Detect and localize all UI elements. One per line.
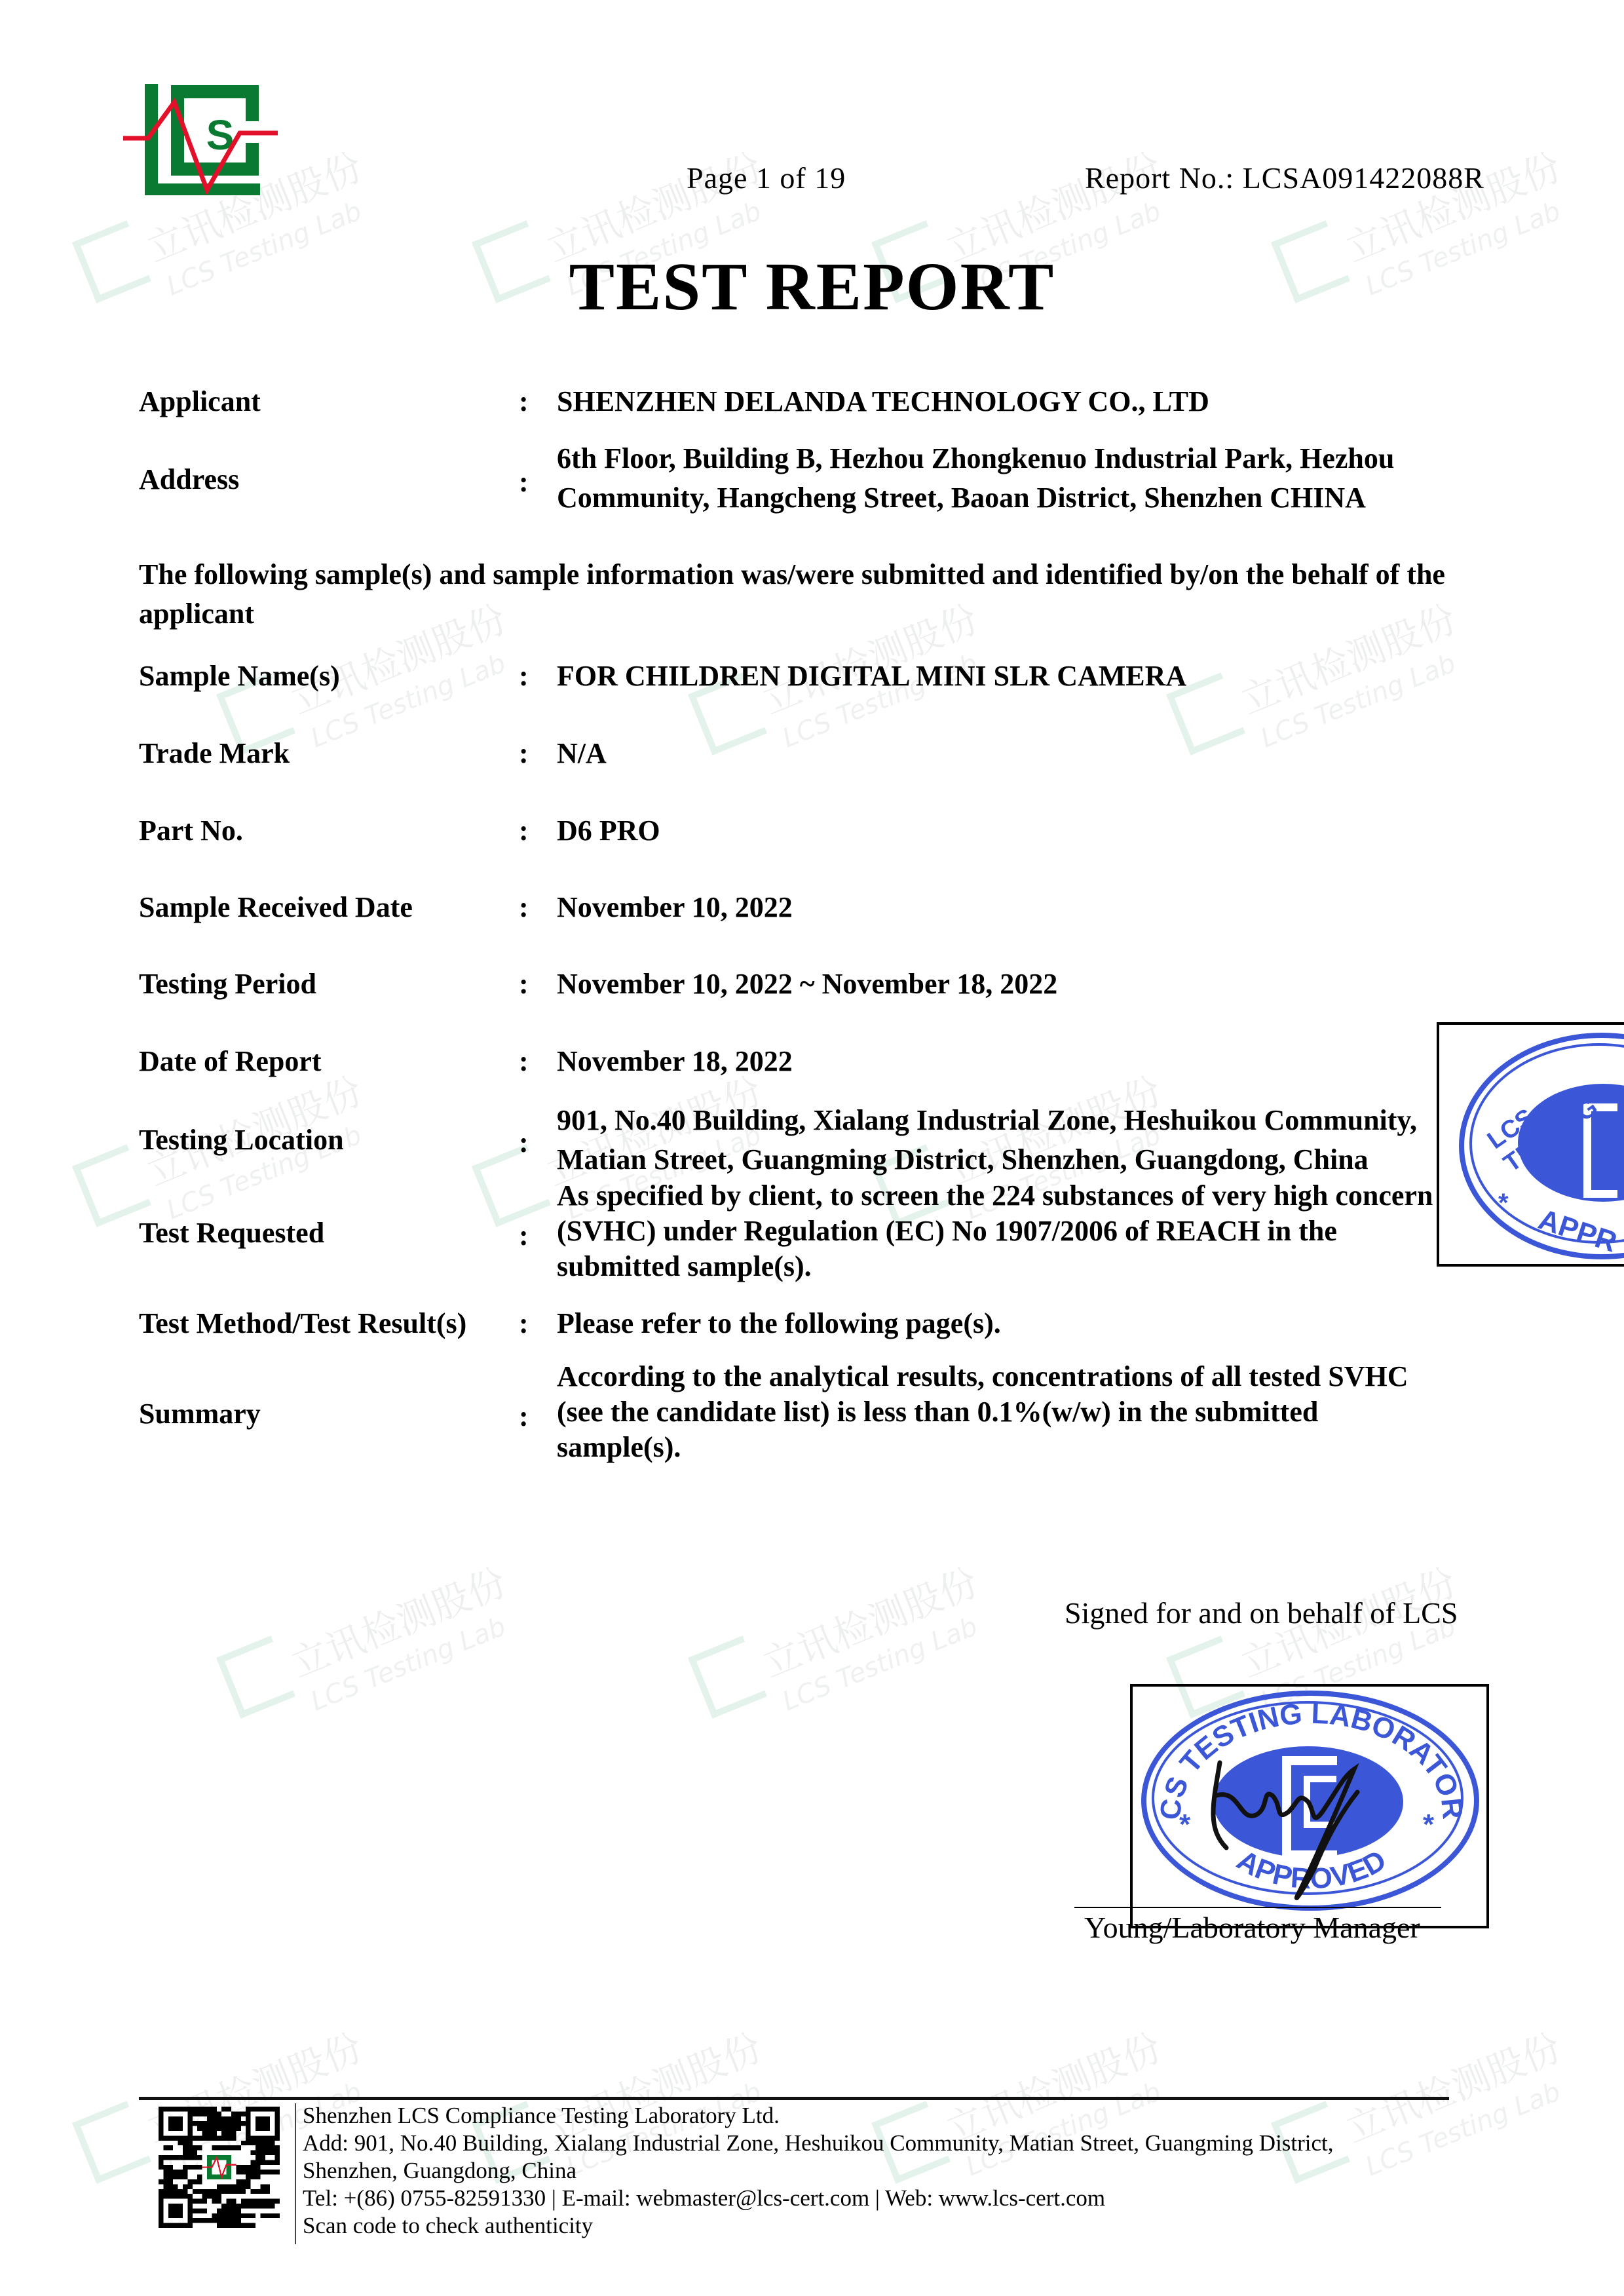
stamp-star-icon: * xyxy=(1498,1189,1509,1218)
footer-scan-note: Scan code to check authenticity xyxy=(303,2212,593,2240)
field-colon: : xyxy=(519,463,529,502)
side-approval-stamp: LCS TESTING APPR * xyxy=(1437,1022,1624,1267)
footer-company: Shenzhen LCS Compliance Testing Laborato… xyxy=(303,2102,780,2130)
field-colon: : xyxy=(519,1216,529,1255)
field-colon: : xyxy=(519,657,529,696)
field-colon: : xyxy=(519,1123,529,1162)
field-label: Trade Mark xyxy=(139,734,290,773)
page-number: Page 1 of 19 xyxy=(687,161,846,195)
watermark: 立讯检测股份LCS Testing Lab xyxy=(688,1547,997,1744)
signed-for-text: Signed for and on behalf of LCS xyxy=(1065,1596,1458,1630)
intro-statement: The following sample(s) and sample infor… xyxy=(139,555,1462,634)
field-value: November 10, 2022 ~ November 18, 2022 xyxy=(557,965,1618,1004)
field-value: 6th Floor, Building B, Hezhou Zhongkenuo… xyxy=(557,439,1618,518)
page-title: TEST REPORT xyxy=(0,248,1624,326)
watermark: 立讯检测股份LCS Testing Lab xyxy=(216,1547,525,1744)
footer-divider xyxy=(139,2097,1449,2100)
footer-vertical-divider xyxy=(295,2103,296,2244)
approval-seal: LCS TESTING LABORATORY APPROVED * * xyxy=(1141,1677,1482,1913)
field-label: Sample Received Date xyxy=(139,888,413,927)
field-colon: : xyxy=(519,888,529,927)
signatory-name: Young/Laboratory Manager xyxy=(1084,1910,1420,1945)
field-colon: : xyxy=(519,1397,529,1436)
field-colon: : xyxy=(519,382,529,421)
field-colon: : xyxy=(519,811,529,851)
field-value: SHENZHEN DELANDA TECHNOLOGY CO., LTD xyxy=(557,382,1618,421)
field-value: Please refer to the following page(s). xyxy=(557,1304,1618,1343)
field-address: Address : 6th Floor, Building B, Hezhou … xyxy=(139,439,1515,524)
field-label: Address xyxy=(139,460,239,499)
field-value: D6 PRO xyxy=(557,811,1618,851)
field-colon: : xyxy=(519,1304,529,1343)
field-summary: Summary : According to the analytical re… xyxy=(139,1359,1515,1470)
field-value: N/A xyxy=(557,734,1618,773)
report-number: Report No.: LCSA091422088R xyxy=(1085,161,1484,195)
footer-contact: Tel: +(86) 0755-82591330 | E-mail: webma… xyxy=(303,2185,1105,2212)
field-testing-location: Testing Location : 901, No.40 Building, … xyxy=(139,1101,1515,1186)
field-colon: : xyxy=(519,965,529,1004)
field-test-requested: Test Requested : As specified by client,… xyxy=(139,1178,1515,1290)
lcs-logo: S xyxy=(123,77,280,195)
field-label: Test Requested xyxy=(139,1214,324,1253)
field-label: Test Method/Test Result(s) xyxy=(139,1304,466,1343)
field-colon: : xyxy=(519,1042,529,1081)
field-value: According to the analytical results, con… xyxy=(557,1359,1618,1465)
field-value: FOR CHILDREN DIGITAL MINI SLR CAMERA xyxy=(557,657,1618,696)
qr-code[interactable] xyxy=(159,2107,280,2228)
field-label: Testing Location xyxy=(139,1120,344,1160)
watermark: 立讯检测股份LCS Testing Lab xyxy=(1271,2012,1580,2210)
field-label: Summary xyxy=(139,1394,261,1434)
handwritten-signature xyxy=(1141,1677,1482,1913)
field-label: Applicant xyxy=(139,382,261,421)
footer-address-line1: Add: 901, No.40 Building, Xialang Indust… xyxy=(303,2130,1334,2157)
watermark: 立讯检测股份LCS Testing Lab xyxy=(871,2012,1180,2210)
footer-address-line2: Shenzhen, Guangdong, China xyxy=(303,2157,576,2185)
field-label: Sample Name(s) xyxy=(139,657,340,696)
field-label: Part No. xyxy=(139,811,243,851)
field-label: Date of Report xyxy=(139,1042,322,1081)
signature-line xyxy=(1074,1907,1441,1908)
field-label: Testing Period xyxy=(139,965,316,1004)
field-value: November 10, 2022 xyxy=(557,888,1618,927)
field-colon: : xyxy=(519,734,529,773)
